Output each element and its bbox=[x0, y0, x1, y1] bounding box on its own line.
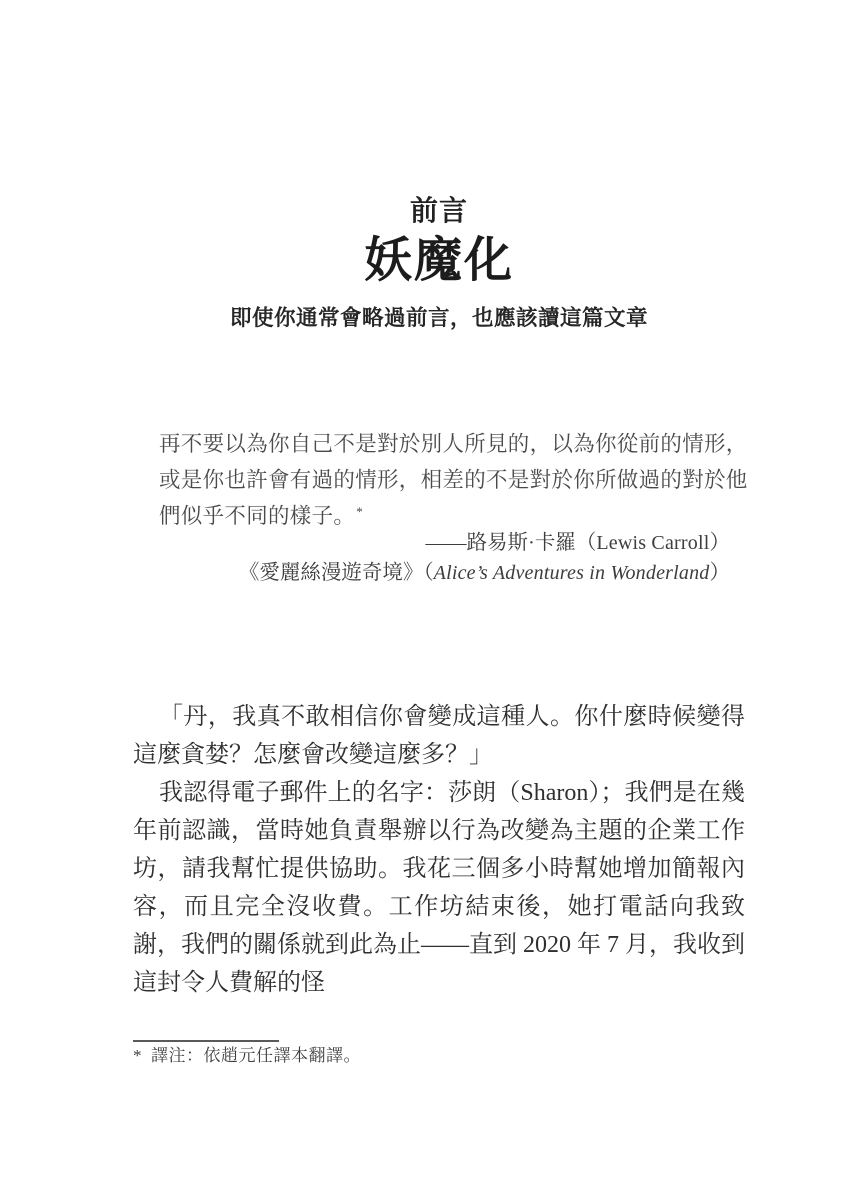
attribution-author-en: Lewis Carroll bbox=[596, 532, 709, 554]
book-page: 前言 妖魔化 即使你通常會略過前言，也應該讀這篇文章 再不要以為你自己不是對於別… bbox=[0, 0, 845, 1200]
attribution-work-line: 《愛麗絲漫遊奇境》（Alice’s Adventures in Wonderla… bbox=[133, 558, 730, 588]
attribution-author-line: ——路易斯·卡羅（Lewis Carroll） bbox=[133, 528, 730, 558]
epigraph-line-1-text: 再不要以為你自己不是對於別人所見的，以為你從前的情形， bbox=[159, 432, 748, 456]
footnote-marker: * bbox=[133, 1046, 142, 1065]
attribution-author-close: ） bbox=[710, 532, 731, 554]
attribution-author-zh: ——路易斯·卡羅（ bbox=[426, 532, 597, 554]
chapter-pretitle: 前言 bbox=[133, 196, 745, 226]
chapter-title: 妖魔化 bbox=[133, 236, 745, 286]
attribution-work-zh: 《愛麗絲漫遊奇境》（ bbox=[239, 562, 434, 584]
footnote-divider bbox=[133, 1040, 279, 1042]
attribution-work-close: ） bbox=[710, 562, 731, 584]
paragraph-1: 「丹，我真不敢相信你會變成這種人。你什麼時候變得這麼貪婪？怎麼會改變這麼多？」 bbox=[133, 698, 745, 774]
attribution-work-en: Alice’s Adventures in Wonderland bbox=[434, 562, 710, 584]
chapter-subtitle: 即使你通常會略過前言，也應該讀這篇文章 bbox=[133, 306, 745, 330]
epigraph-line-2-text: 或是你也許會有過的情形，相差的不是對於你所做過的對於他 bbox=[159, 468, 748, 492]
chapter-header: 前言 妖魔化 即使你通常會略過前言，也應該讀這篇文章 bbox=[133, 196, 745, 330]
epigraph-attribution: ——路易斯·卡羅（Lewis Carroll） 《愛麗絲漫遊奇境》（Alice’… bbox=[133, 528, 730, 588]
footnote-text: 譯注：依趙元任譯本翻譯。 bbox=[151, 1046, 361, 1065]
epigraph-line-2: 或是你也許會有過的情形，相差的不是對於你所做過的對於他 bbox=[159, 462, 748, 498]
paragraph-2: 我認得電子郵件上的名字：莎朗（Sharon）；我們是在幾年前認識，當時她負責舉辦… bbox=[133, 774, 745, 1002]
epigraph-quote: 再不要以為你自己不是對於別人所見的，以為你從前的情形， 或是你也許會有過的情形，… bbox=[159, 426, 748, 537]
epigraph-line-3-text: 們似乎不同的樣子。 bbox=[159, 504, 355, 528]
footnote: *譯注：依趙元任譯本翻譯。 bbox=[133, 1045, 745, 1067]
body-text: 「丹，我真不敢相信你會變成這種人。你什麼時候變得這麼貪婪？怎麼會改變這麼多？」 … bbox=[133, 698, 745, 1002]
footnote-reference-asterisk: * bbox=[356, 504, 363, 519]
epigraph-line-1: 再不要以為你自己不是對於別人所見的，以為你從前的情形， bbox=[159, 426, 748, 462]
